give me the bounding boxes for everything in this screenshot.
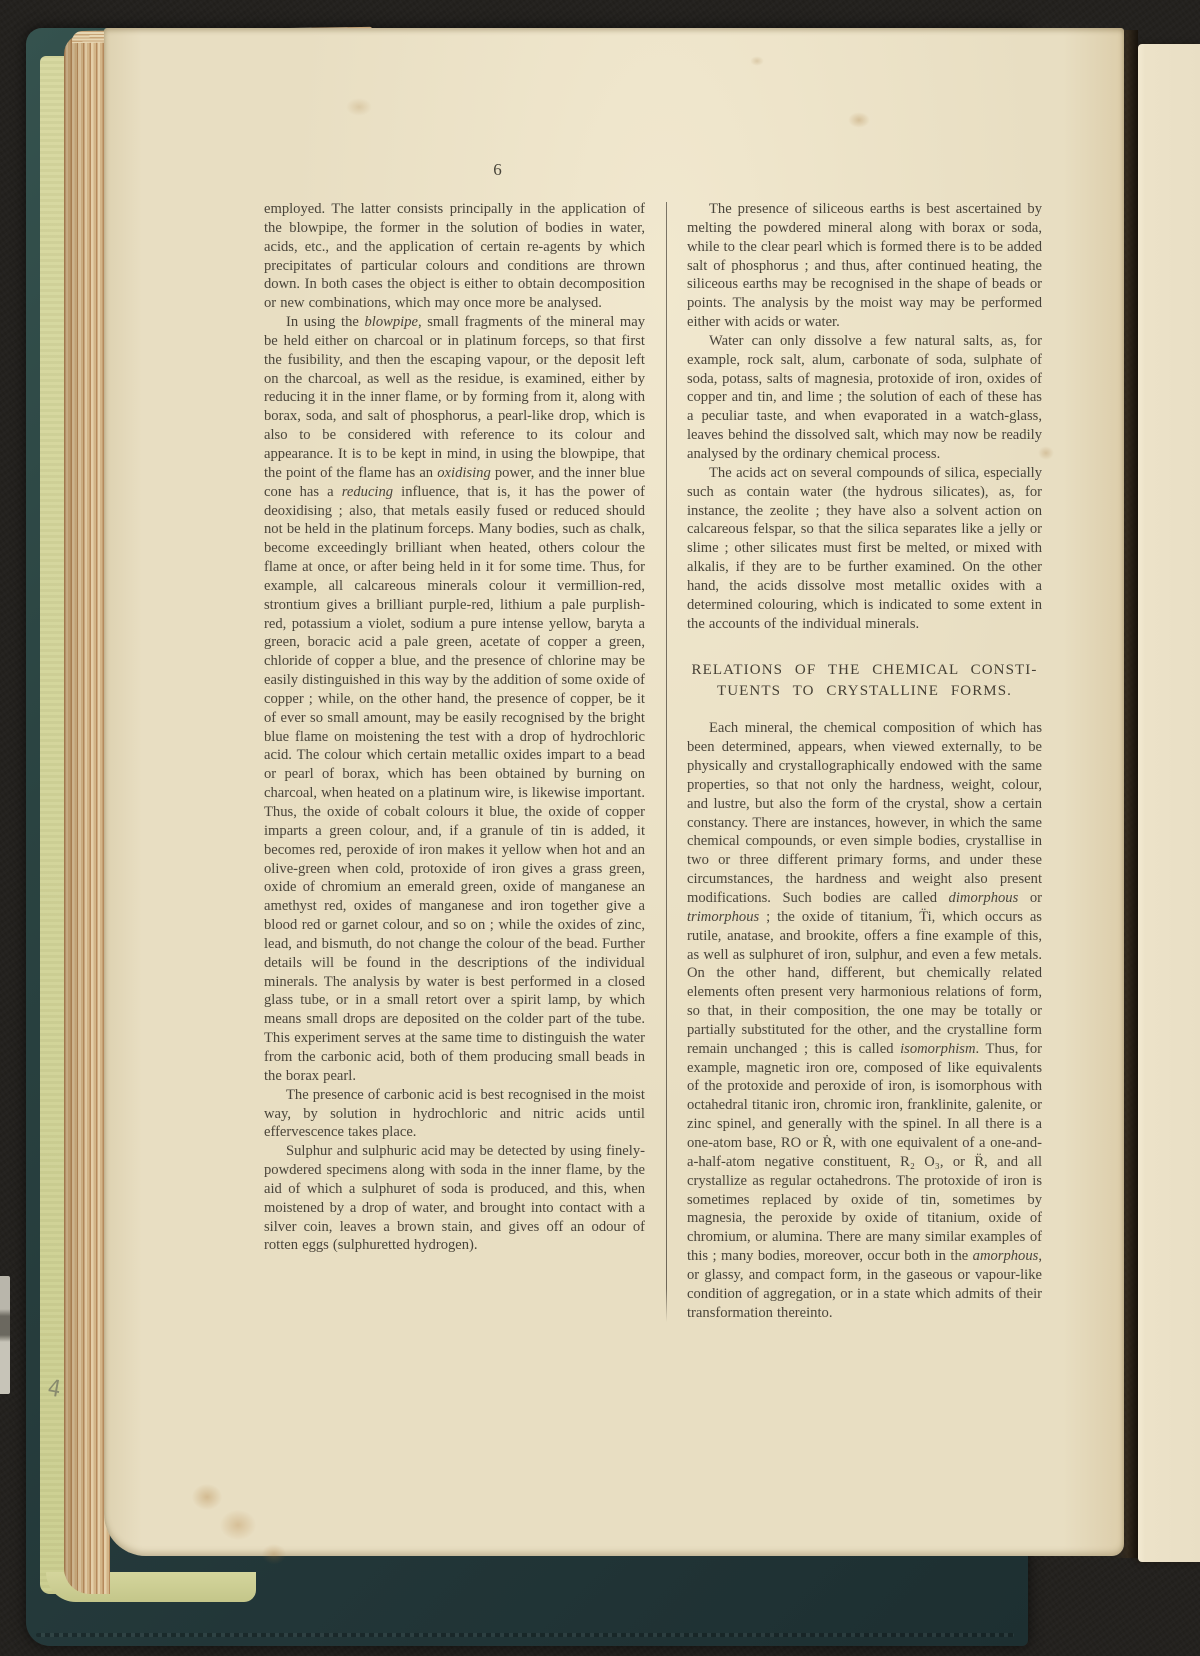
section-heading-line2: TUENTS TO CRYSTALLINE FORMS. bbox=[687, 681, 1042, 702]
section-heading-line1: RELATIONS OF THE CHEMICAL CONSTI- bbox=[687, 660, 1042, 681]
paragraph: The acids act on several compounds of si… bbox=[687, 464, 1042, 634]
spine-sticker bbox=[0, 1276, 10, 1394]
paragraph: employed. The latter consists principall… bbox=[264, 200, 645, 313]
column-rule bbox=[666, 202, 667, 1322]
paragraph: The presence of siliceous earths is best… bbox=[687, 200, 1042, 332]
paragraph: Water can only dissolve a few natural sa… bbox=[687, 332, 1042, 464]
paragraph: The presence of carbonic acid is best re… bbox=[264, 1086, 645, 1143]
paragraph: In using the blowpipe, small fragments o… bbox=[264, 313, 645, 1086]
foxing-spot bbox=[750, 56, 764, 66]
foxing-spot bbox=[192, 1484, 222, 1510]
facing-page bbox=[1138, 44, 1200, 1562]
section-heading: RELATIONS OF THE CHEMICAL CONSTI- TUENTS… bbox=[687, 660, 1042, 702]
book-page: 6 employed. The latter consists principa… bbox=[104, 28, 1124, 1556]
paragraph: Each mineral, the chemical composition o… bbox=[687, 719, 1042, 1322]
paragraph: Sulphur and sulphuric acid may be detect… bbox=[264, 1142, 645, 1255]
left-column: employed. The latter consists principall… bbox=[264, 200, 645, 1322]
page-number: 6 bbox=[104, 160, 892, 180]
foxing-spot bbox=[848, 112, 870, 128]
right-column: The presence of siliceous earths is best… bbox=[687, 200, 1042, 1322]
text-block: employed. The latter consists principall… bbox=[264, 200, 1042, 1322]
foxing-spot bbox=[220, 1510, 256, 1540]
photo-background: 6 employed. The latter consists principa… bbox=[0, 0, 1200, 1656]
foxing-spot bbox=[346, 98, 372, 116]
